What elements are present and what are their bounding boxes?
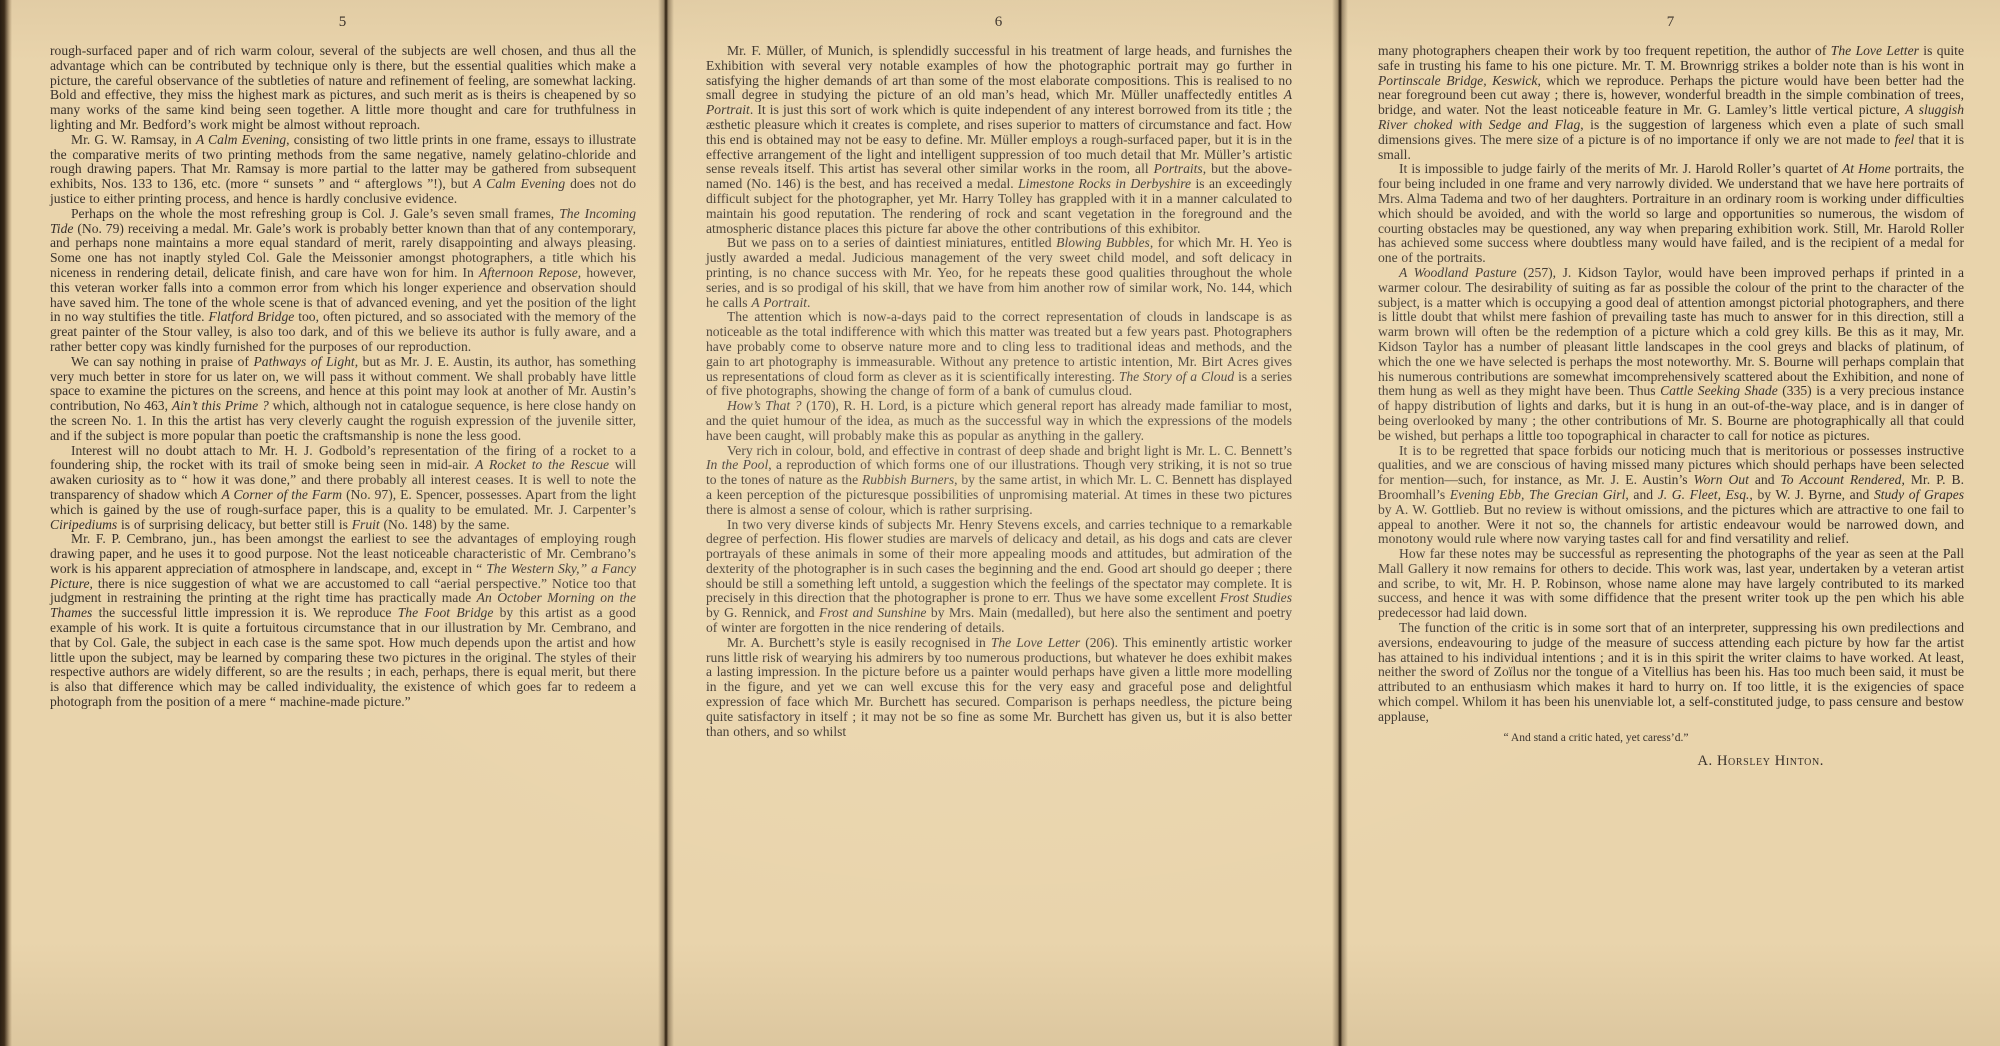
paragraph: It is to be regretted that space forbids… [1378,444,1964,548]
work-title: At Home [1842,161,1891,176]
work-title: Cattle Seeking Shade [1660,383,1778,398]
work-title: A Portrait [706,87,1292,117]
paragraph: It is impossible to judge fairly of the … [1378,162,1964,266]
work-title: In the Pool [706,457,768,472]
work-title: J. G. Fleet, Esq. [1658,487,1750,502]
work-title: Afternoon Repose [479,265,578,280]
page-edge-shadow [0,0,12,1046]
work-title: The Love Letter [991,635,1080,650]
page-gutter [1332,0,1348,1046]
work-title: To Account Rendered [1780,472,1901,487]
work-title: Portinscale Bridge, Keswick [1378,73,1537,88]
work-title: Ciripediums [50,517,117,532]
work-title: Rubbish Burners [862,472,954,487]
work-title: How’s That ? [727,398,802,413]
work-title: A Calm Evening [196,132,286,147]
paragraph: The attention which is now-a-days paid t… [706,310,1292,399]
paragraph: Mr. A. Burchett’s style is easily recogn… [706,636,1292,740]
work-title: Fruit [352,517,380,532]
paragraph: The function of the critic is in some so… [1378,621,1964,725]
page-5: 5 rough-surfaced paper and of rich warm … [12,0,658,1046]
paragraph: How’s That ? (170), R. H. Lord, is a pic… [706,399,1292,443]
paragraph: A Woodland Pasture (257), J. Kidson Tayl… [1378,266,1964,444]
paragraph: How far these notes may be successful as… [1378,547,1964,621]
work-title: Limestone Rocks in Derbyshire [1018,176,1191,191]
work-title: feel [1895,132,1915,147]
page-6: 6 Mr. F. Müller, of Munich, is splendidl… [674,0,1332,1046]
work-title: A Corner of the Farm [221,487,342,502]
work-title: The Foot Bridge [398,605,494,620]
work-title: Portraits [1154,161,1203,176]
work-title: A Calm Evening [473,176,565,191]
page-7: 7 many photographers cheapen their work … [1348,0,2000,1046]
paragraph: many photographers cheapen their work by… [1378,44,1964,162]
work-title: An October Morning on the Thames [50,590,636,620]
work-title: Frost and Sunshine [819,605,926,620]
work-title: The Story of a Cloud [1119,369,1234,384]
work-title: Study of Grapes [1874,487,1964,502]
page-body: Mr. F. Müller, of Munich, is splendidly … [706,44,1292,739]
paragraph: Very rich in colour, bold, and effective… [706,444,1292,518]
work-title: Flatford Bridge [209,309,295,324]
paragraph: But we pass on to a series of daintiest … [706,236,1292,310]
paragraph: In two very diverse kinds of subjects Mr… [706,518,1292,636]
page-gutter [658,0,674,1046]
paragraph: Mr. F. P. Cembrano, jun., has been among… [50,532,636,710]
work-title: The Incoming Tide [50,206,636,236]
page-number: 6 [706,14,1292,31]
paragraph: Perhaps on the whole the most refreshing… [50,207,636,355]
work-title: The Western Sky,” a Fancy Picture [50,561,636,591]
book-spread: 5 rough-surfaced paper and of rich warm … [0,0,2000,1046]
page-body: many photographers cheapen their work by… [1378,44,1964,725]
work-title: A Woodland Pasture [1399,265,1517,280]
work-title: A Portrait [751,295,807,310]
work-title: Blowing Bubbles [1056,235,1150,250]
work-title: Evening Ebb, The Grecian Girl [1450,487,1626,502]
closing-quote: “ And stand a critic hated, yet caress’d… [1378,732,1964,744]
work-title: The Love Letter [1831,43,1919,58]
work-title: Pathways of Light [253,354,354,369]
work-title: A sluggish River choked with Sedge and F… [1378,102,1964,132]
page-number: 5 [50,14,636,31]
paragraph: Interest will no doubt attach to Mr. H. … [50,444,636,533]
work-title: Frost Studies [1220,590,1292,605]
page-body: rough-surfaced paper and of rich warm co… [50,44,636,710]
paragraph: Mr. G. W. Ramsay, in A Calm Evening, con… [50,133,636,207]
paragraph: Mr. F. Müller, of Munich, is splendidly … [706,44,1292,236]
paragraph: rough-surfaced paper and of rich warm co… [50,44,636,133]
paragraph: We can say nothing in praise of Pathways… [50,355,636,444]
work-title: A Rocket to the Rescue [475,457,609,472]
page-number: 7 [1378,14,1964,31]
work-title: Ain’t this Prime ? [172,398,269,413]
work-title: Worn Out [1694,472,1749,487]
author-signature: A. Horsley Hinton. [1378,753,1964,770]
